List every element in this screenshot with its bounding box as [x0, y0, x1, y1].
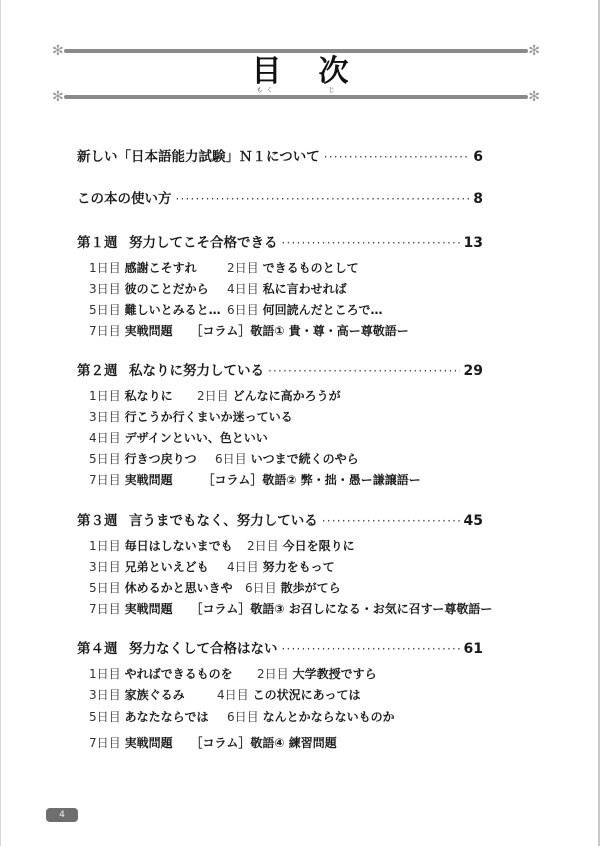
toc-entry-page: 13	[464, 234, 483, 252]
leader-dots	[324, 148, 470, 166]
day-title: 行きつ戻りつ	[125, 452, 197, 466]
toc-day-6[interactable]: 6日目散歩がてら	[245, 580, 341, 596]
toc-entry-page: 29	[464, 362, 483, 380]
toc-entry-page: 6	[473, 148, 483, 166]
day-number: 6日目	[215, 452, 247, 466]
page-edge-left	[0, 0, 1, 846]
toc-column-4[interactable]: ［コラム］敬語④ 練習問題	[190, 735, 336, 751]
day-number: 5日目	[89, 452, 121, 466]
toc-column-1[interactable]: ［コラム］敬語① 貴・尊・高ー尊敬語ー	[190, 323, 408, 339]
asterisk-ornament-icon: ✻	[52, 88, 64, 106]
day-number: 1日目	[89, 667, 121, 681]
day-title: なんとかならないものか	[263, 710, 395, 724]
week-number: 第１週	[77, 234, 129, 252]
toc-column-3[interactable]: ［コラム］敬語③ お召しになる・お気に召すー尊敬語ー	[190, 601, 492, 617]
column-title: ［コラム］敬語④ 練習問題	[190, 736, 336, 750]
column-title: ［コラム］敬語③ お召しになる・お気に召すー尊敬語ー	[190, 602, 492, 616]
day-row: 7日目実戦問題 ［コラム］敬語② 弊・拙・愚ー謙譲語ー	[89, 472, 421, 488]
day-row: 1日目感謝こそすれ 2日目できるものとして	[89, 260, 197, 276]
day-number: 4日目	[217, 688, 249, 702]
day-number: 6日目	[245, 581, 277, 595]
day-number: 4日目	[227, 560, 259, 574]
toc-day-6[interactable]: 6日目なんとかならないものか	[227, 709, 395, 725]
day-row: 1日目毎日はしないまでも 2日目今日を限りに	[89, 538, 233, 554]
toc-day-3[interactable]: 3日目行こうか行くまいか迷っている	[89, 409, 293, 425]
title-char: 目もく	[251, 56, 281, 88]
toc-day-4[interactable]: 4日目デザインといい、色といい	[89, 430, 268, 446]
day-title: デザインといい、色といい	[125, 431, 268, 445]
header-rule-bottom: ✻ ✻	[52, 91, 540, 103]
toc-week-1[interactable]: 第１週努力してこそ合格できる 13	[77, 234, 483, 252]
day-number: 1日目	[89, 389, 121, 403]
day-row: 3日目行こうか行くまいか迷っている	[89, 409, 293, 425]
day-title: 努力をもって	[263, 560, 335, 574]
day-row: 1日目やればできるものを 2日目大学教授ですら	[89, 666, 233, 682]
toc-week-4[interactable]: 第４週努力なくして合格はない 61	[77, 640, 483, 658]
day-number: 6日目	[227, 303, 259, 317]
day-row: 5日目休めるかと思いきや 6日目散歩がてら	[89, 580, 233, 596]
day-number: 3日目	[89, 282, 121, 296]
day-number: 7日目	[89, 736, 121, 750]
day-row: 7日目実戦問題 ［コラム］敬語① 貴・尊・高ー尊敬語ー	[89, 323, 409, 339]
toc-day-5[interactable]: 5日目あなたならでは	[89, 709, 209, 725]
week-title: 努力してこそ合格できる	[129, 235, 278, 251]
day-row: 4日目デザインといい、色といい	[89, 430, 268, 446]
column-title: ［コラム］敬語① 貴・尊・高ー尊敬語ー	[190, 324, 408, 338]
day-number: 5日目	[89, 710, 121, 724]
toc-day-7[interactable]: 7日目実戦問題	[89, 601, 173, 617]
toc-entry-page: 61	[464, 640, 483, 658]
toc-entry-page: 8	[473, 190, 483, 208]
leader-dots	[268, 362, 460, 380]
day-number: 7日目	[89, 602, 121, 616]
day-title: 実戦問題	[125, 324, 173, 338]
day-title: 今日を限りに	[283, 539, 355, 553]
week-heading: 第２週私なりに努力している	[77, 362, 264, 380]
day-number: 7日目	[89, 324, 121, 338]
day-number: 2日目	[197, 389, 229, 403]
day-number: 3日目	[89, 688, 121, 702]
toc-day-4[interactable]: 4日目この状況にあっては	[217, 687, 361, 703]
day-title: 散歩がてら	[281, 581, 341, 595]
toc-day-3[interactable]: 3日目兄弟といえども	[89, 559, 209, 575]
day-title: やればできるものを	[125, 667, 233, 681]
toc-day-2[interactable]: 2日目できるものとして	[227, 260, 359, 276]
day-number: 5日目	[89, 303, 121, 317]
toc-day-2[interactable]: 2日目今日を限りに	[247, 538, 355, 554]
leader-dots	[282, 234, 460, 252]
toc-day-1[interactable]: 1日目感謝こそすれ	[89, 260, 197, 276]
day-title: 私なりに	[125, 389, 173, 403]
day-row: 3日目兄弟といえども 4日目努力をもって	[89, 559, 209, 575]
toc-entry-label: この本の使い方	[77, 190, 172, 208]
day-title: できるものとして	[263, 261, 359, 275]
day-number: 2日目	[227, 261, 259, 275]
toc-day-7[interactable]: 7日目実戦問題	[89, 735, 173, 751]
day-title: あなたならでは	[125, 710, 209, 724]
week-heading: 第４週努力なくして合格はない	[77, 640, 278, 658]
day-number: 4日目	[227, 282, 259, 296]
leader-dots	[176, 190, 470, 208]
toc-day-2[interactable]: 2日目どんなに高かろうが	[197, 388, 341, 404]
week-number: 第４週	[77, 640, 129, 658]
divider-line	[64, 49, 528, 53]
toc-day-2[interactable]: 2日目大学教授ですら	[257, 666, 377, 682]
week-title: 言うまでもなく、努力している	[129, 513, 318, 529]
toc-day-4[interactable]: 4日目努力をもって	[227, 559, 335, 575]
day-title: 私に言わせれば	[263, 282, 347, 296]
day-row: 7日目実戦問題 ［コラム］敬語③ お召しになる・お気に召すー尊敬語ー	[89, 601, 492, 617]
day-row: 5日目あなたならでは 6日目なんとかならないものか	[89, 709, 209, 725]
day-title: 何回読んだところで…	[263, 303, 383, 317]
day-title: 実戦問題	[125, 602, 173, 616]
day-row: 3日目彼のことだから 4日目私に言わせれば	[89, 281, 209, 297]
leader-dots	[322, 512, 460, 530]
day-title: 大学教授ですら	[293, 667, 377, 681]
day-title: 感謝こそすれ	[125, 261, 197, 275]
day-title: いつまで続くのやら	[251, 452, 359, 466]
page-title: 目もく 次じ	[0, 56, 600, 88]
day-row: 3日目家族ぐるみ 4日目この状況にあっては	[89, 687, 185, 703]
toc-entry-about-n1[interactable]: 新しい「日本語能力試験」Ｎ１について 6	[77, 148, 483, 166]
title-char: 次じ	[319, 56, 349, 88]
column-title: ［コラム］敬語② 弊・拙・愚ー謙譲語ー	[202, 473, 420, 487]
toc-day-5[interactable]: 5日目難しいとみると…	[89, 302, 221, 318]
day-title: 彼のことだから	[125, 282, 209, 296]
toc-entry-how-to-use[interactable]: この本の使い方 8	[77, 190, 483, 208]
toc-week-2[interactable]: 第２週私なりに努力している 29	[77, 362, 483, 380]
day-number: 1日目	[89, 261, 121, 275]
toc-entry-page: 45	[464, 512, 483, 530]
toc-day-1[interactable]: 1日目やればできるものを	[89, 666, 233, 682]
toc-day-4[interactable]: 4日目私に言わせれば	[227, 281, 347, 297]
day-title: 難しいとみると…	[125, 303, 221, 317]
week-heading: 第３週言うまでもなく、努力している	[77, 512, 318, 530]
toc-day-3[interactable]: 3日目家族ぐるみ	[89, 687, 185, 703]
day-title: 家族ぐるみ	[125, 688, 185, 702]
toc-day-5[interactable]: 5日目行きつ戻りつ	[89, 451, 197, 467]
day-number: 5日目	[89, 581, 121, 595]
day-row: 5日目行きつ戻りつ 6日目いつまで続くのやら	[89, 451, 197, 467]
day-number: 6日目	[227, 710, 259, 724]
divider-line	[64, 95, 528, 99]
day-title: 毎日はしないまでも	[125, 539, 233, 553]
toc-day-6[interactable]: 6日目何回読んだところで…	[227, 302, 383, 318]
toc-day-1[interactable]: 1日目私なりに	[89, 388, 173, 404]
day-number: 2日目	[247, 539, 279, 553]
toc-day-7[interactable]: 7日目実戦問題	[89, 323, 173, 339]
day-row: 5日目難しいとみると… 6日目何回読んだところで…	[89, 302, 221, 318]
day-number: 2日目	[257, 667, 289, 681]
day-number: 3日目	[89, 410, 121, 424]
toc-week-3[interactable]: 第３週言うまでもなく、努力している 45	[77, 512, 483, 530]
day-number: 4日目	[89, 431, 121, 445]
day-title: 実戦問題	[125, 736, 173, 750]
day-title: この状況にあっては	[253, 688, 361, 702]
toc-entry-label: 新しい「日本語能力試験」Ｎ１について	[77, 148, 320, 166]
day-title: 行こうか行くまいか迷っている	[125, 410, 293, 424]
week-number: 第３週	[77, 512, 129, 530]
toc-day-7[interactable]: 7日目実戦問題	[89, 472, 173, 488]
toc-day-5[interactable]: 5日目休めるかと思いきや	[89, 580, 233, 596]
week-title: 努力なくして合格はない	[129, 641, 278, 657]
day-number: 3日目	[89, 560, 121, 574]
week-number: 第２週	[77, 362, 129, 380]
day-row: 7日目実戦問題 ［コラム］敬語④ 練習問題	[89, 735, 337, 751]
leader-dots	[282, 640, 460, 658]
day-title: 実戦問題	[125, 473, 173, 487]
day-title: どんなに高かろうが	[233, 389, 341, 403]
day-number: 7日目	[89, 473, 121, 487]
week-title: 私なりに努力している	[129, 363, 264, 379]
asterisk-ornament-icon: ✻	[528, 88, 540, 106]
week-heading: 第１週努力してこそ合格できる	[77, 234, 278, 252]
day-number: 1日目	[89, 539, 121, 553]
toc-day-1[interactable]: 1日目毎日はしないまでも	[89, 538, 233, 554]
toc-day-6[interactable]: 6日目いつまで続くのやら	[215, 451, 359, 467]
toc-day-3[interactable]: 3日目彼のことだから	[89, 281, 209, 297]
day-title: 休めるかと思いきや	[125, 581, 233, 595]
toc-column-2[interactable]: ［コラム］敬語② 弊・拙・愚ー謙譲語ー	[202, 472, 420, 488]
day-title: 兄弟といえども	[125, 560, 209, 574]
page-number-badge: 4	[46, 808, 78, 822]
day-row: 1日目私なりに 2日目どんなに高かろうが	[89, 388, 173, 404]
